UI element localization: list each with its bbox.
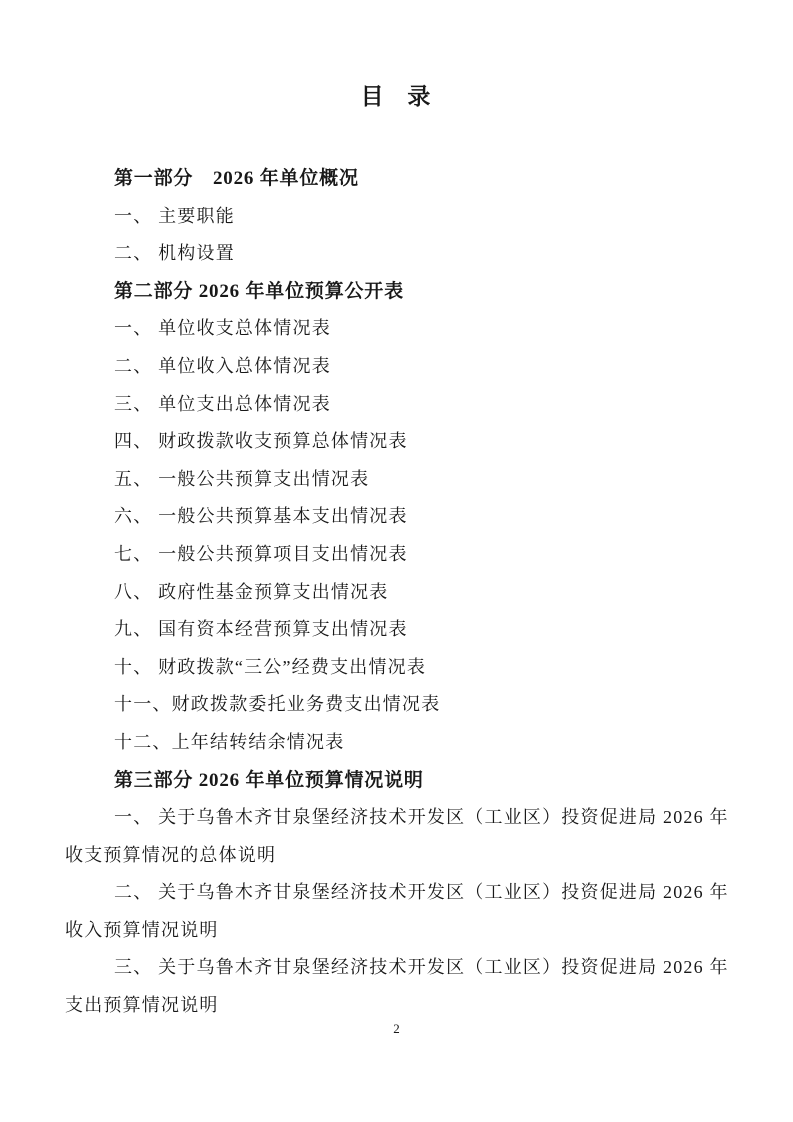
toc-item: 六、 一般公共预算基本支出情况表 [65, 498, 735, 536]
table-of-contents: 第一部分 2026 年单位概况 一、 主要职能 二、 机构设置 第二部分 202… [65, 160, 735, 1025]
toc-item: 十、 财政拨款“三公”经费支出情况表 [65, 649, 735, 687]
toc-item-continuation: 收入预算情况说明 [65, 912, 735, 950]
toc-item: 五、 一般公共预算支出情况表 [65, 461, 735, 499]
toc-item: 四、 财政拨款收支预算总体情况表 [65, 423, 735, 461]
toc-item: 二、 机构设置 [65, 235, 735, 273]
toc-item: 一、 关于乌鲁木齐甘泉堡经济技术开发区（工业区）投资促进局 2026 年 [65, 799, 735, 837]
toc-item: 二、 单位收入总体情况表 [65, 348, 735, 386]
toc-item: 九、 国有资本经营预算支出情况表 [65, 611, 735, 649]
toc-item: 一、 主要职能 [65, 198, 735, 236]
toc-item-continuation: 收支预算情况的总体说明 [65, 837, 735, 875]
toc-item-continuation: 支出预算情况说明 [65, 987, 735, 1025]
toc-item: 十二、上年结转结余情况表 [65, 724, 735, 762]
toc-section-heading: 第二部分 2026 年单位预算公开表 [65, 273, 735, 311]
toc-item: 一、 单位收支总体情况表 [65, 310, 735, 348]
toc-item: 七、 一般公共预算项目支出情况表 [65, 536, 735, 574]
toc-item: 三、 关于乌鲁木齐甘泉堡经济技术开发区（工业区）投资促进局 2026 年 [65, 949, 735, 987]
toc-section-heading: 第一部分 2026 年单位概况 [65, 160, 735, 198]
toc-item: 三、 单位支出总体情况表 [65, 386, 735, 424]
toc-section-heading: 第三部分 2026 年单位预算情况说明 [65, 762, 735, 800]
document-page: 目 录 第一部分 2026 年单位概况 一、 主要职能 二、 机构设置 第二部分… [0, 0, 793, 1122]
toc-item: 八、 政府性基金预算支出情况表 [65, 574, 735, 612]
document-title: 目 录 [0, 78, 793, 111]
toc-item: 十一、财政拨款委托业务费支出情况表 [65, 686, 735, 724]
page-number: 2 [0, 1021, 793, 1037]
toc-item: 二、 关于乌鲁木齐甘泉堡经济技术开发区（工业区）投资促进局 2026 年 [65, 874, 735, 912]
